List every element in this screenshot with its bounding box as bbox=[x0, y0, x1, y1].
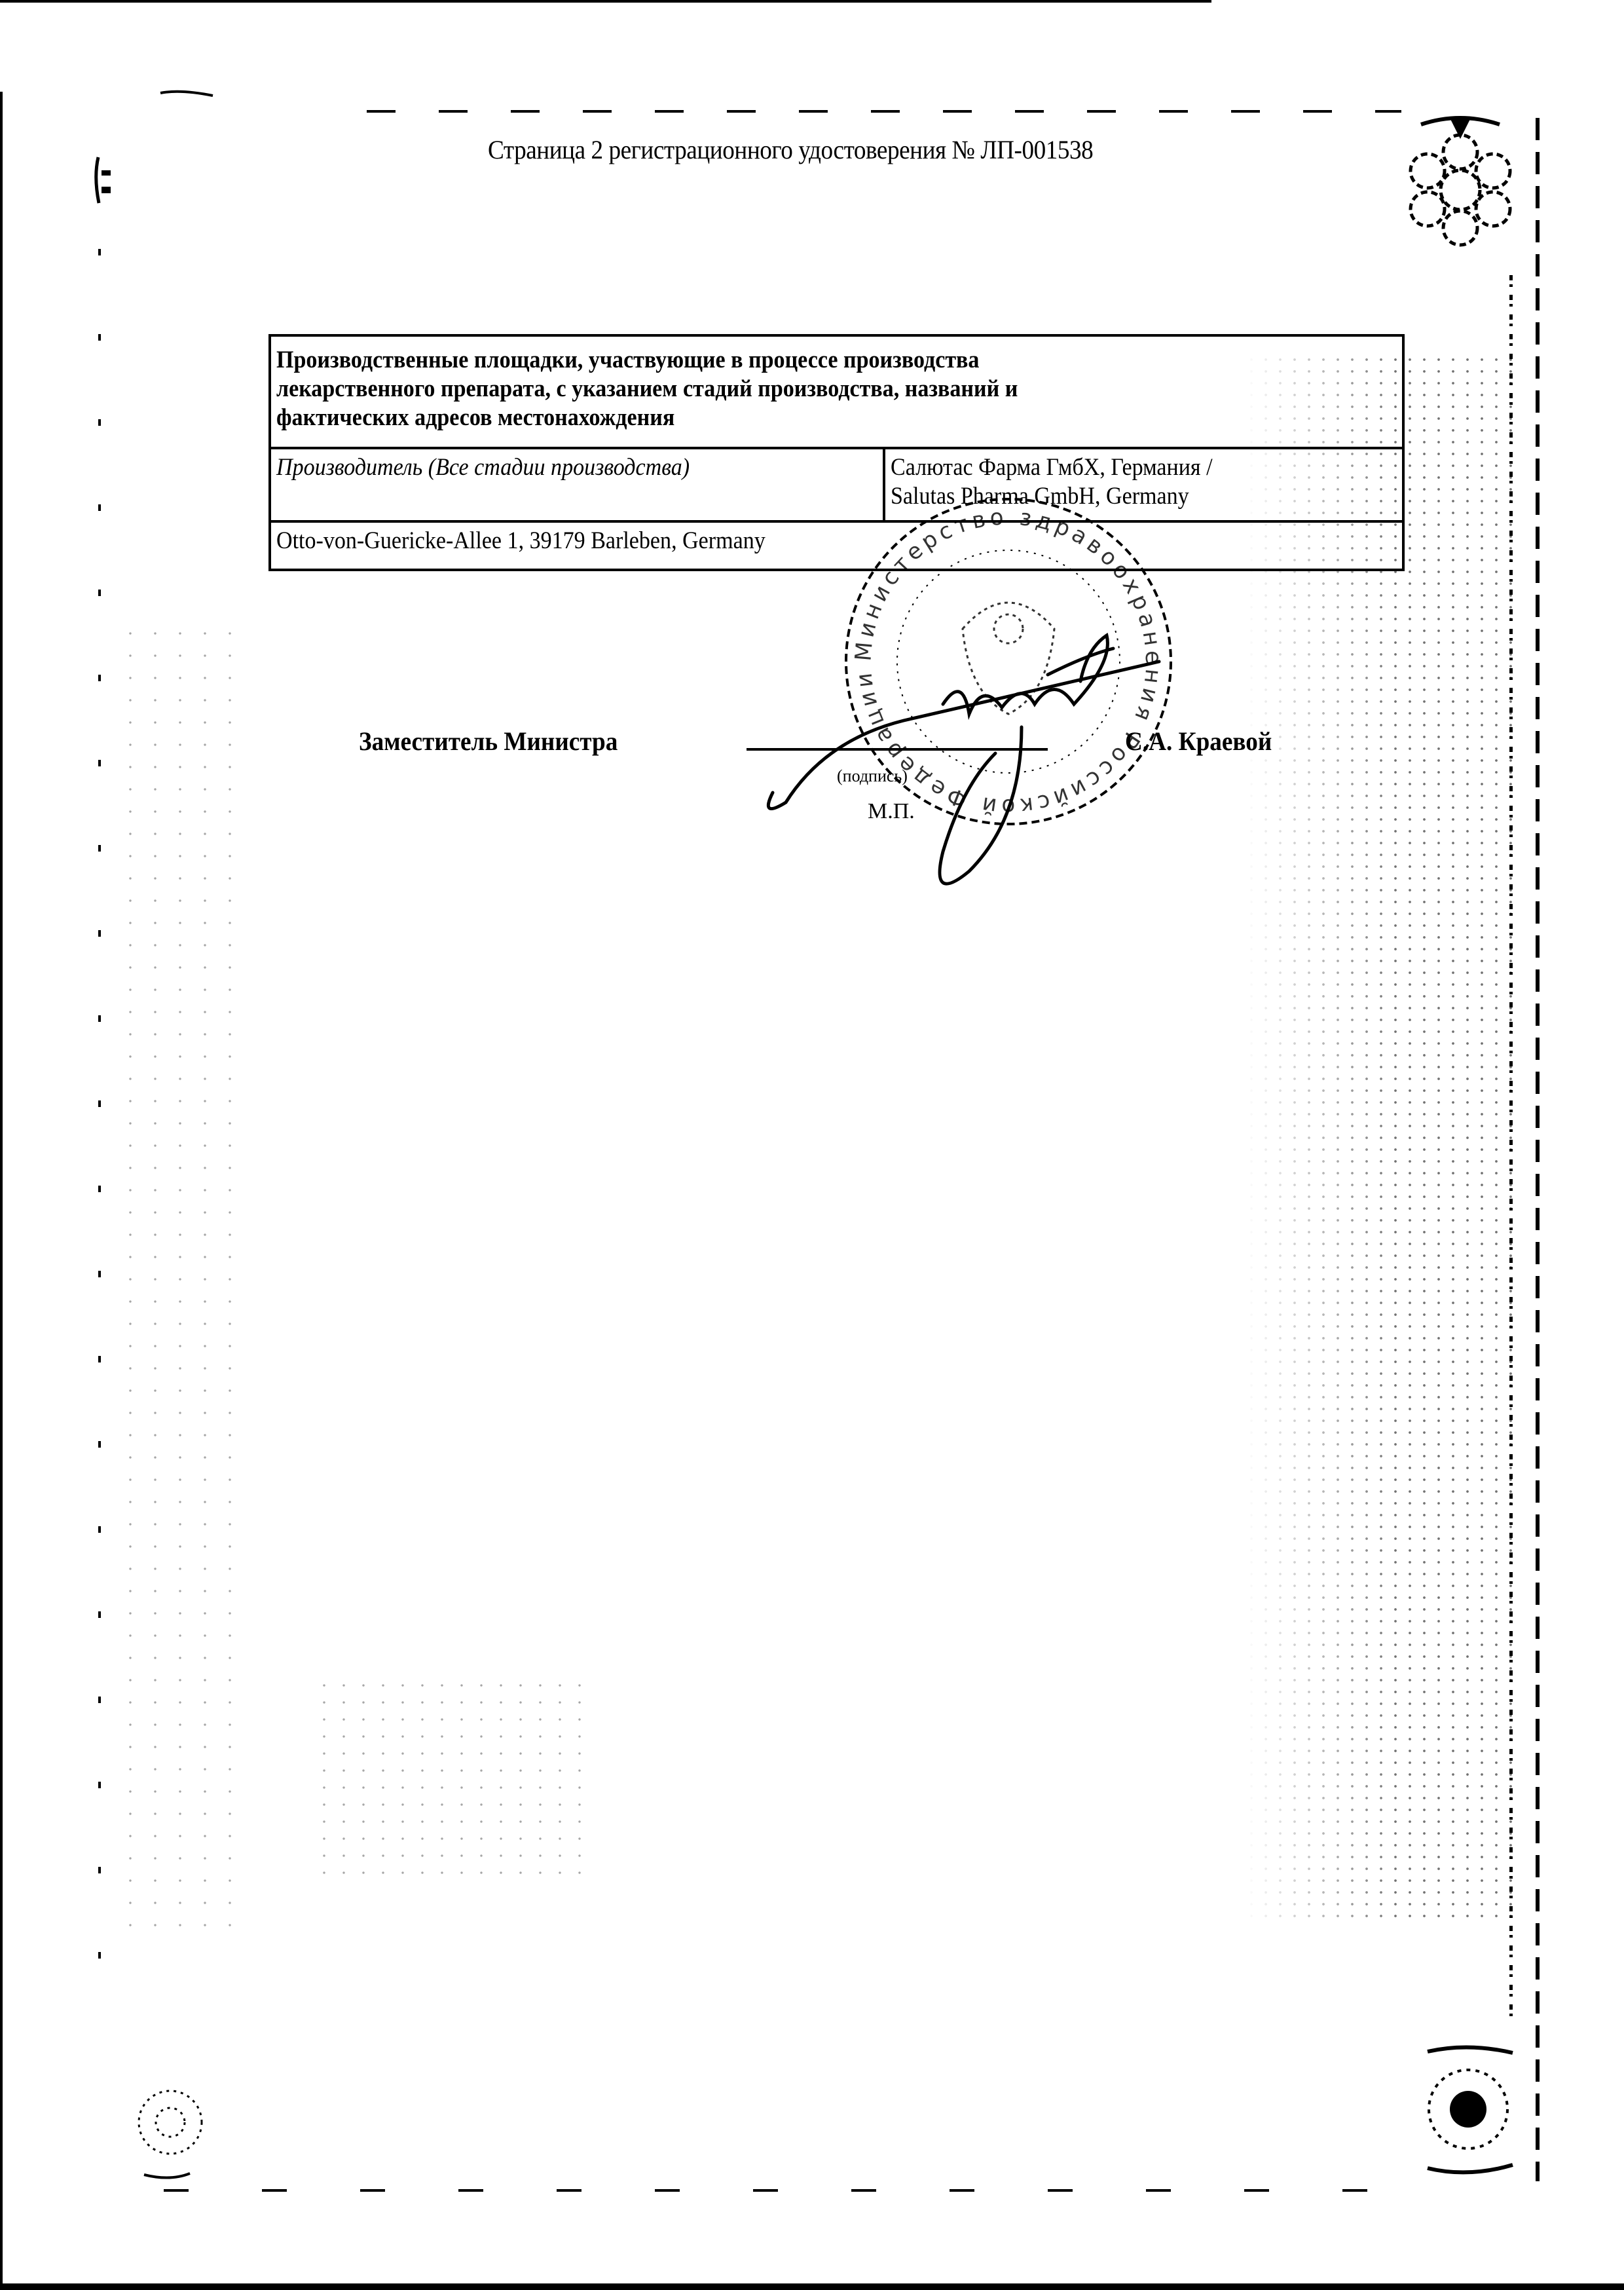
scan-edge-top bbox=[0, 0, 1211, 3]
rosette-bottom-left-icon bbox=[118, 2076, 223, 2181]
security-border-left bbox=[98, 249, 101, 2018]
scan-edge-bottom bbox=[0, 2283, 1624, 2290]
company-name-ru: Салютас Фарма ГмбХ, Германия / bbox=[891, 453, 1213, 482]
security-border-right bbox=[1536, 118, 1540, 2181]
table-header-cell: Производственные площадки, участвующие в… bbox=[270, 335, 1403, 448]
manufacturer-company-cell: Салютас Фарма ГмбХ, Германия / Salutas P… bbox=[884, 448, 1403, 521]
manufacturer-address: Otto-von-Guericke-Allee 1, 39179 Barlebe… bbox=[276, 527, 766, 555]
address-cell: Otto-von-Guericke-Allee 1, 39179 Barlebe… bbox=[270, 521, 1403, 570]
security-border-top bbox=[367, 110, 1401, 113]
guilloche-pattern-left bbox=[118, 622, 249, 1932]
security-border-bottom bbox=[164, 2189, 1408, 2192]
signatory-title: Заместитель Министра bbox=[359, 726, 618, 757]
guilloche-pattern-bottom bbox=[314, 1677, 589, 1886]
table-header-text: Производственные площадки, участвующие в… bbox=[276, 346, 1090, 432]
signature-line bbox=[747, 748, 1048, 751]
table-row: Производитель (Все стадии производства) … bbox=[270, 448, 1403, 521]
rosette-top-left-icon bbox=[88, 85, 232, 216]
seal-place-label: М.П. bbox=[868, 799, 915, 824]
manufacturing-sites-table: Производственные площадки, участвующие в… bbox=[268, 334, 1405, 571]
rosette-top-right-icon bbox=[1382, 111, 1539, 269]
signature-caption: (подпись) bbox=[837, 766, 908, 786]
manufacturer-role-cell: Производитель (Все стадии производства) bbox=[270, 448, 884, 521]
table-header-row: Производственные площадки, участвующие в… bbox=[270, 335, 1403, 448]
scan-edge-left bbox=[0, 92, 3, 2290]
rosette-bottom-right-icon bbox=[1414, 2044, 1532, 2175]
page-header: Страница 2 регистрационного удостоверени… bbox=[488, 134, 1093, 165]
handwritten-signature-icon bbox=[768, 635, 1159, 884]
manufacturer-role: Производитель (Все стадии производства) bbox=[276, 453, 690, 482]
table-row: Otto-von-Guericke-Allee 1, 39179 Barlebe… bbox=[270, 521, 1403, 570]
coat-of-arms-icon bbox=[963, 603, 1054, 714]
signatory-name: С.А. Краевой bbox=[1125, 726, 1272, 757]
guilloche-pattern-right bbox=[1244, 354, 1519, 1926]
company-name-en: Salutas Pharma GmbH, Germany bbox=[891, 482, 1189, 511]
